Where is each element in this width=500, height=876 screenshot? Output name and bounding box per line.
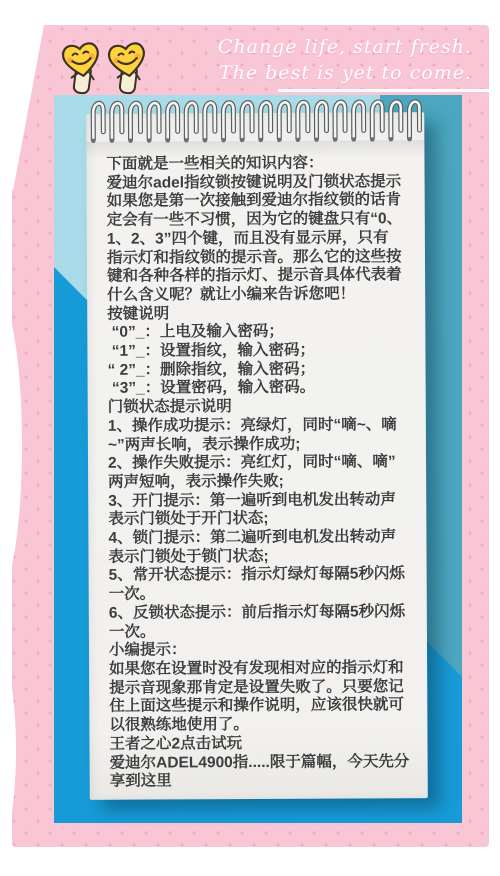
notebook: 下面就是一些相关的知识内容： 爱迪尔adel指纹锁按键说明及门锁状态提示 如果您… [86, 112, 428, 800]
notebook-text: 下面就是一些相关的知识内容： 爱迪尔adel指纹锁按键说明及门锁状态提示 如果您… [106, 154, 415, 791]
spiral-binding-icon [88, 96, 422, 144]
mascot-group [58, 38, 154, 98]
header-quote: Change life, start fresh. The best is ye… [218, 34, 472, 86]
header-underline [278, 89, 489, 92]
heart-smiley-icon [58, 38, 154, 98]
poster-canvas: Change life, start fresh. The best is ye… [0, 0, 500, 876]
header-quote-line2: The best is yet to come. [218, 60, 472, 86]
header-quote-line1: Change life, start fresh. [218, 34, 472, 60]
